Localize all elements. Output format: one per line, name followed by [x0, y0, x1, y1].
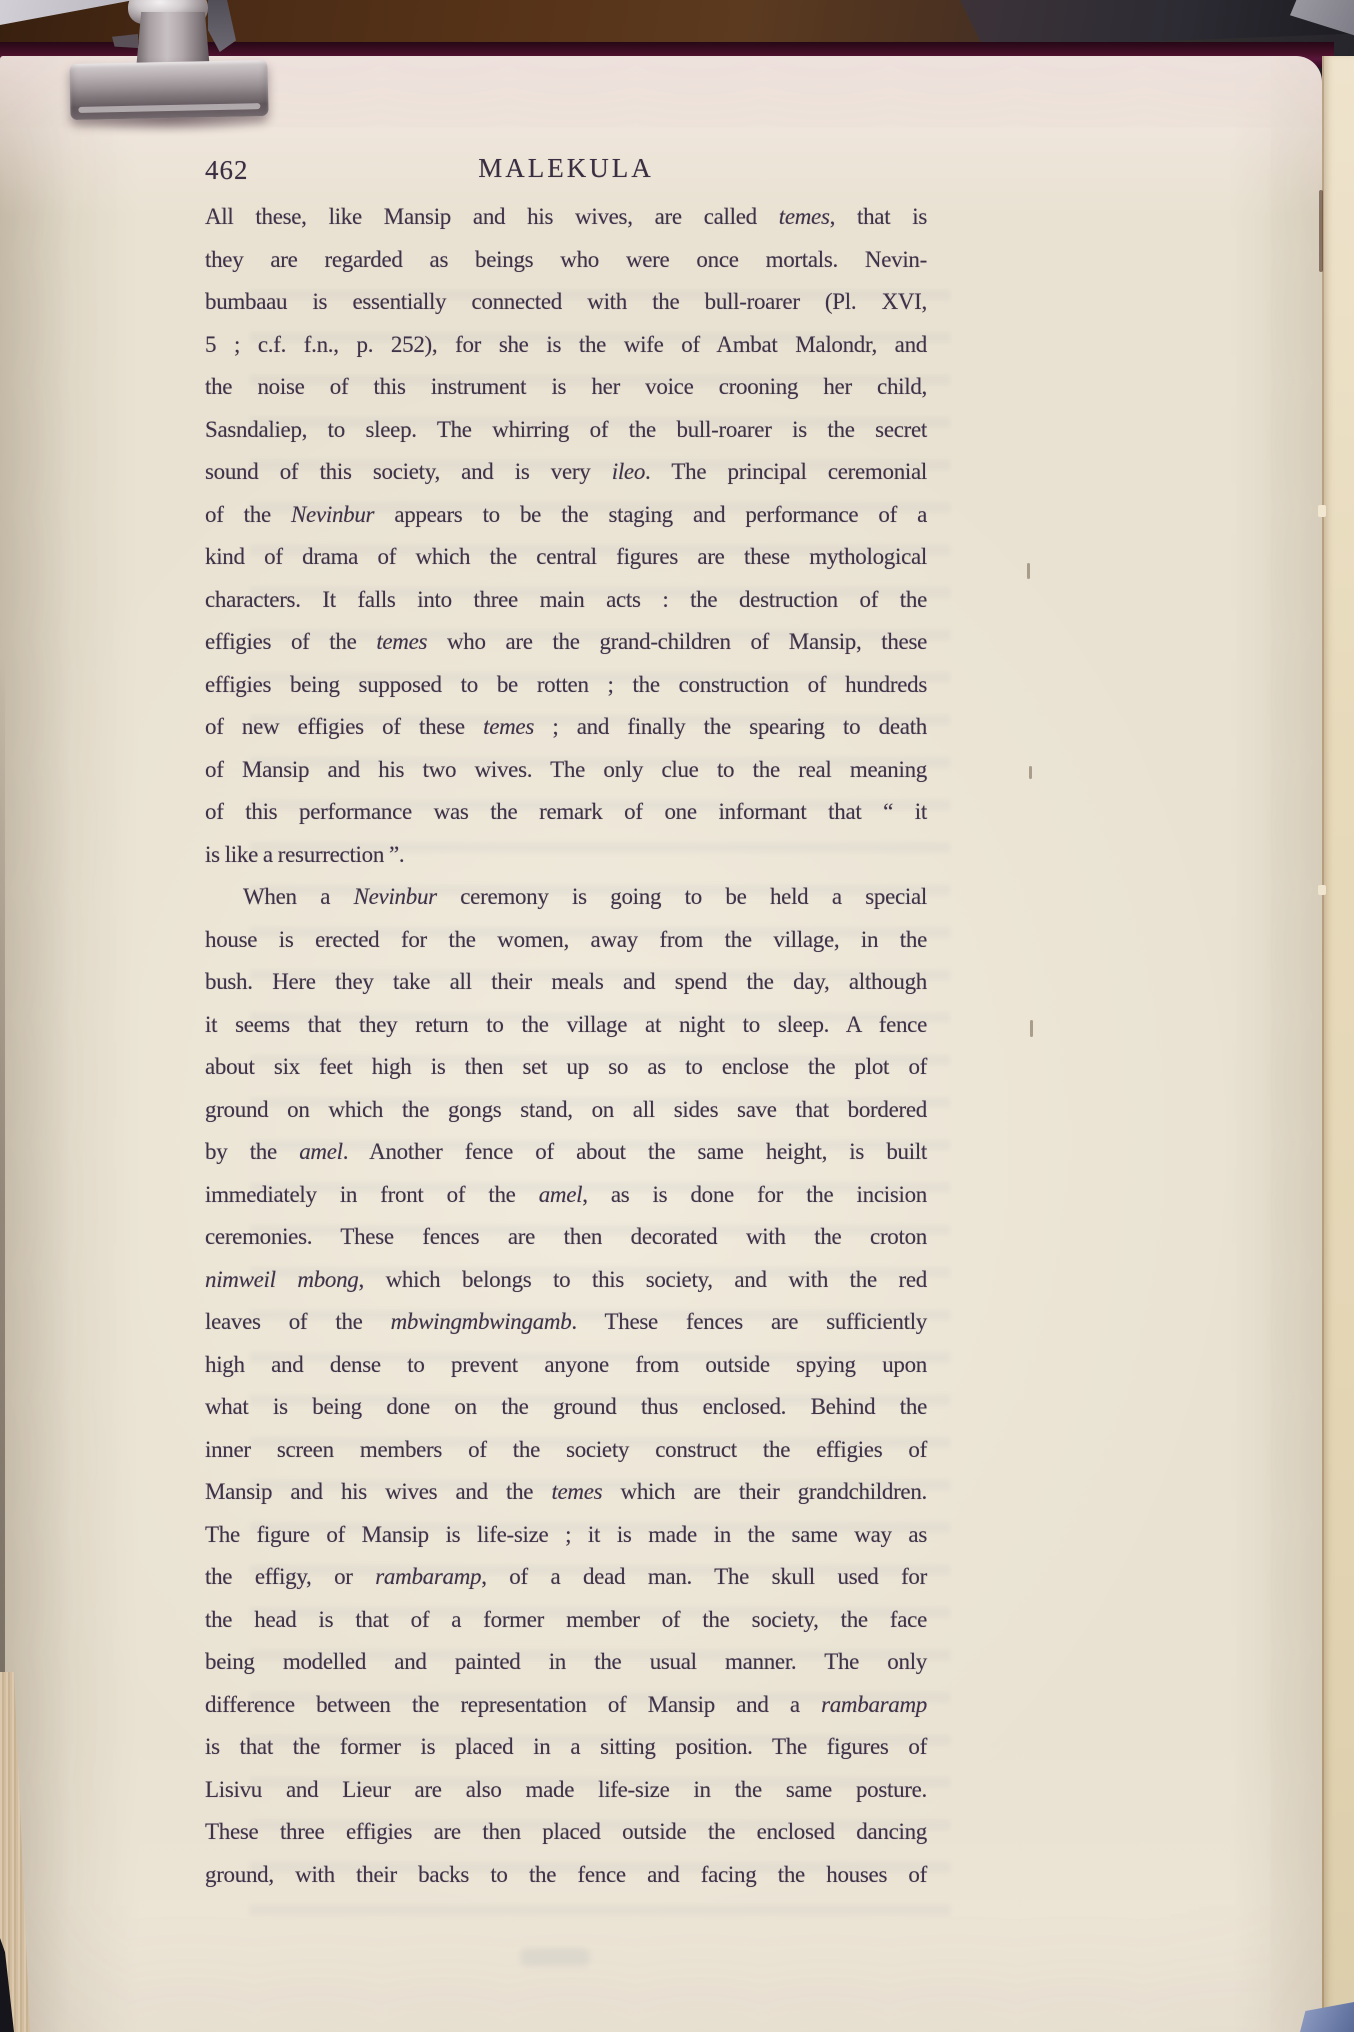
text-line: being modelled and painted in the usual …	[205, 1641, 927, 1684]
page-crease-mark	[1319, 190, 1323, 272]
text-line: high and dense to prevent anyone from ou…	[205, 1344, 927, 1387]
text-line: is like a resurrection ”.	[205, 834, 927, 877]
text-line: 5 ; c.f. f.n., p. 252), for she is the w…	[205, 324, 927, 367]
book-page-photo: 462 MALEKULA All these, like Mansip and …	[0, 0, 1354, 2032]
text-line: leaves of the mbwingmbwingamb. These fen…	[205, 1301, 927, 1344]
text-line: effigies of the temes who are the grand-…	[205, 621, 927, 664]
text-line: The figure of Mansip is life-size ; it i…	[205, 1514, 927, 1557]
text-line: of the Nevinbur appears to be the stagin…	[205, 494, 927, 537]
text-line: bush. Here they take all their meals and…	[205, 961, 927, 1004]
text-line: of new effigies of these temes ; and fin…	[205, 706, 927, 749]
page-fore-edge	[1322, 56, 1354, 2032]
text-line: ceremonies. These fences are then decora…	[205, 1216, 927, 1259]
body-text: All these, like Mansip and his wives, ar…	[205, 196, 927, 1896]
clip-jaw-highlight	[78, 103, 260, 113]
clip-jaw	[69, 60, 268, 120]
text-line: Lisivu and Lieur are also made life-size…	[205, 1769, 927, 1812]
text-line: house is erected for the women, away fro…	[205, 919, 927, 962]
text-line: the noise of this instrument is her voic…	[205, 366, 927, 409]
text-line: sound of this society, and is very ileo.…	[205, 451, 927, 494]
text-line: immediately in front of the amel, as is …	[205, 1174, 927, 1217]
text-line: the head is that of a former member of t…	[205, 1599, 927, 1642]
page-fleck	[1030, 1020, 1033, 1037]
text-line: These three effigies are then placed out…	[205, 1811, 927, 1854]
text-line: of this performance was the remark of on…	[205, 791, 927, 834]
text-line: effigies being supposed to be rotten ; t…	[205, 664, 927, 707]
text-line: Mansip and his wives and the temes which…	[205, 1471, 927, 1514]
text-line: the effigy, or rambaramp, of a dead man.…	[205, 1556, 927, 1599]
text-line: about six feet high is then set up so as…	[205, 1046, 927, 1089]
page-header: 462 MALEKULA	[205, 150, 927, 192]
text-line: ground, with their backs to the fence an…	[205, 1854, 927, 1897]
text-line: characters. It falls into three main act…	[205, 579, 927, 622]
fore-edge-notch	[1318, 885, 1326, 895]
page-fleck	[1029, 766, 1032, 779]
text-line: difference between the representation of…	[205, 1684, 927, 1727]
text-line: ground on which the gongs stand, on all …	[205, 1089, 927, 1132]
text-line: inner screen members of the society cons…	[205, 1429, 927, 1472]
text-line: is that the former is placed in a sittin…	[205, 1726, 927, 1769]
text-line: bumbaau is essentially connected with th…	[205, 281, 927, 324]
text-line: Sasndaliep, to sleep. The whirring of th…	[205, 409, 927, 452]
text-line: All these, like Mansip and his wives, ar…	[205, 196, 927, 239]
text-line: nimweil mbong, which belongs to this soc…	[205, 1259, 927, 1302]
text-line: by the amel. Another fence of about the …	[205, 1131, 927, 1174]
show-through-smudge	[520, 1948, 590, 1966]
text-line: what is being done on the ground thus en…	[205, 1386, 927, 1429]
running-head: MALEKULA	[205, 153, 927, 184]
page-fleck	[1027, 563, 1030, 579]
fore-edge-notch	[1318, 505, 1326, 517]
text-line: of Mansip and his two wives. The only cl…	[205, 749, 927, 792]
text-line: they are regarded as beings who were onc…	[205, 239, 927, 282]
text-line: kind of drama of which the central figur…	[205, 536, 927, 579]
text-line: When a Nevinbur ceremony is going to be …	[205, 876, 927, 919]
text-line: it seems that they return to the village…	[205, 1004, 927, 1047]
